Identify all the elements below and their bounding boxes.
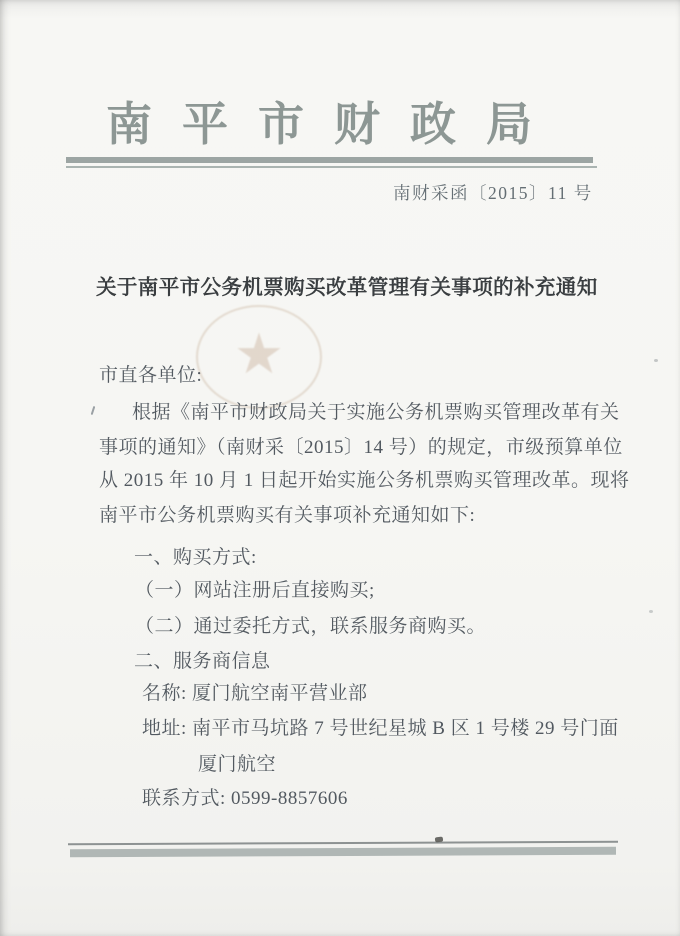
footer-rule-thick: [70, 847, 616, 857]
provider-address-continuation: 厦门航空: [198, 754, 276, 776]
scan-speck: [649, 610, 653, 613]
document-number: 南财采函〔2015〕11 号: [393, 183, 593, 203]
star-icon: ★: [234, 327, 284, 383]
letterhead-rule-thick: [66, 157, 593, 163]
scan-speck: [654, 359, 658, 362]
paragraph-line: 根据《南平市财政局关于实施公务机票购买管理改革有关: [132, 402, 620, 424]
provider-contact-line: 联系方式: 0599-8857606: [142, 788, 348, 810]
section-heading-provider-info: 二、服务商信息: [134, 651, 271, 673]
official-seal-watermark: ★: [196, 305, 322, 409]
agency-letterhead-title: 南平市财政局: [106, 99, 562, 152]
list-item: （一）网站注册后直接购买;: [135, 580, 375, 602]
paragraph-line: 事项的通知》（南财采〔2015〕14 号）的规定，市级预算单位: [99, 437, 623, 459]
provider-address-line: 地址: 南平市马坑路 7 号世纪星城 B 区 1 号楼 29 号门面: [142, 718, 619, 740]
section-heading-purchase-methods: 一、购买方式:: [134, 547, 257, 569]
document-title: 关于南平市公务机票购买改革管理有关事项的补充通知: [96, 277, 598, 301]
paragraph-line: 南平市公务机票购买有关事项补充通知如下:: [99, 505, 475, 527]
salutation: 市直各单位:: [99, 365, 202, 387]
provider-name-line: 名称: 厦门航空南平营业部: [142, 683, 368, 705]
stray-pen-mark: [91, 406, 96, 415]
paragraph-line: 从 2015 年 10 月 1 日起开始实施公务机票购买管理改革。现将: [99, 470, 630, 492]
scanned-document-page: 南平市财政局 南财采函〔2015〕11 号 ★ 关于南平市公务机票购买改革管理有…: [0, 0, 680, 936]
footer-rule-thin: [68, 841, 618, 845]
letterhead-rule-thin: [66, 166, 597, 168]
list-item: （二）通过委托方式，联系服务商购买。: [135, 616, 486, 638]
